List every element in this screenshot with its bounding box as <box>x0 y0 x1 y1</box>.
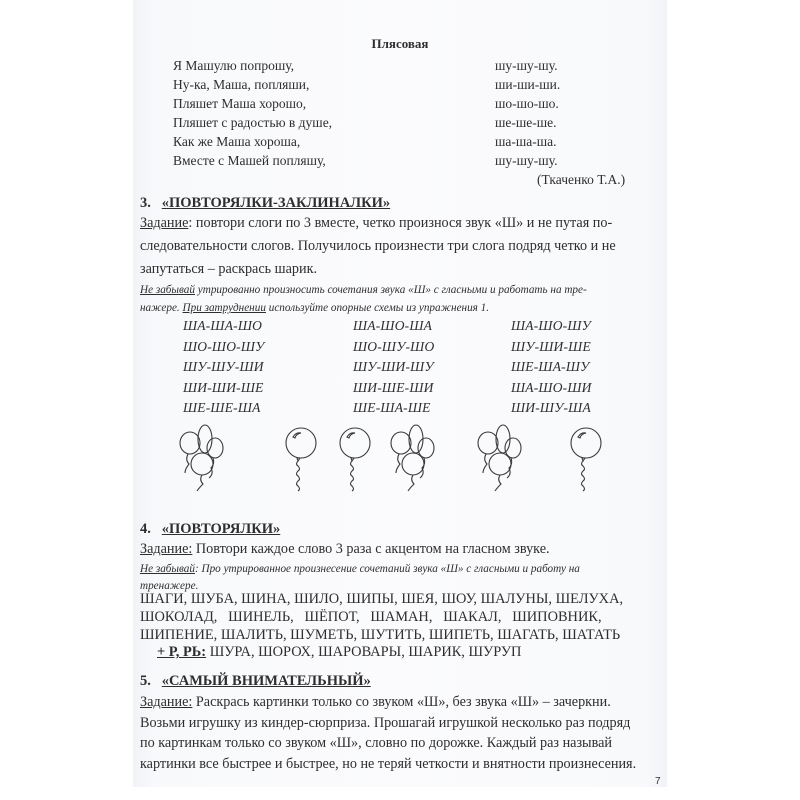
section-title: «ПОВТОРЯЛКИ-ЗАКЛИНАЛКИ» <box>162 195 390 211</box>
balloon-icon[interactable] <box>285 427 335 497</box>
syllable-item: ШЕ-ШЕ-ША <box>183 400 261 416</box>
section-4-task: Задание: Повтори каждое слово 3 раза с а… <box>140 541 550 558</box>
page-number: 7 <box>655 776 661 787</box>
poem-line: Ну-ка, Маша, попляши, <box>173 77 309 93</box>
section-3-task-line-3: запутаться – раскрась шарик. <box>140 261 317 278</box>
section-5-task-line: по картинкам только со звуком «Ш», словн… <box>140 735 612 752</box>
balloon-bunch-icon[interactable] <box>388 425 438 495</box>
syllable-item: ША-ШО-ШУ <box>511 318 591 334</box>
syllable-item: ШУ-ШИ-ШУ <box>353 359 434 375</box>
section-5-task-line: Возьми игрушку из киндер-сюрприза. Проша… <box>140 715 630 732</box>
poem-title: Плясовая <box>133 36 667 52</box>
section-title: «САМЫЙ ВНИМАТЕЛЬНЫЙ» <box>162 673 371 689</box>
balloon-icon[interactable] <box>570 427 620 497</box>
section-5-task-line: картинки все быстрее и быстрее, но не те… <box>140 756 636 773</box>
section-4-note-line-1: Не забывай: Про утрированное произнесени… <box>140 563 580 575</box>
word-list-extra: + Р, РЬ: ШУРА, ШОРОХ, ШАРОВАРЫ, ШАРИК, Ш… <box>157 644 521 661</box>
syllable-item: ШО-ШУ-ШО <box>353 339 434 355</box>
poem-line: Пляшет Маша хорошо, <box>173 96 306 112</box>
section-number: 3. <box>140 195 151 211</box>
section-3-note-line-2: нажере. При затруднении используйте опор… <box>140 302 489 314</box>
syllable-item: ШЕ-ША-ШУ <box>511 359 589 375</box>
poem-refrain: шу-шу-шу. <box>495 153 557 169</box>
note-label: Не забывай <box>140 563 195 575</box>
note-label: Не забывай <box>140 284 195 296</box>
section-number: 5. <box>140 673 151 689</box>
poem-line: Как же Маша хороша, <box>173 134 300 150</box>
section-title: «ПОВТОРЯЛКИ» <box>162 521 281 537</box>
poem-line: Я Машулю попрошу, <box>173 58 294 74</box>
section-5-heading: 5. «САМЫЙ ВНИМАТЕЛЬНЫЙ» <box>140 673 371 690</box>
balloon-bunch-icon[interactable] <box>475 425 525 495</box>
syllable-item: ШИ-ШУ-ША <box>511 400 591 416</box>
syllable-item: ШИ-ШЕ-ШИ <box>353 380 434 396</box>
poem-refrain: ше-ше-ше. <box>495 115 557 131</box>
syllable-item: ША-ША-ШО <box>183 318 262 334</box>
section-number: 4. <box>140 521 151 537</box>
extra-label: + Р, РЬ: <box>157 644 206 660</box>
syllable-item: ШУ-ШИ-ШЕ <box>511 339 591 355</box>
balloon-icon[interactable] <box>339 427 389 497</box>
syllable-item: ША-ШО-ШИ <box>511 380 592 396</box>
word-line: ШАГИ, ШУБА, ШИНА, ШИЛО, ШИПЫ, ШЕЯ, ШОУ, … <box>140 591 623 608</box>
poem-author: (Ткаченко Т.А.) <box>537 172 625 188</box>
task-label: Задание: <box>140 694 192 710</box>
poem-refrain: шу-шу-шу. <box>495 58 557 74</box>
section-5-task-line: Задание: Раскрась картинки только со зву… <box>140 694 611 711</box>
section-4-heading: 4. «ПОВТОРЯЛКИ» <box>140 521 280 538</box>
syllable-item: ШО-ШО-ШУ <box>183 339 264 355</box>
balloon-bunch-icon[interactable] <box>177 425 227 495</box>
note-label-2: При затруднении <box>183 302 266 314</box>
task-label: Задание: <box>140 541 192 557</box>
poem-refrain: ша-ша-ша. <box>495 134 557 150</box>
section-3-heading: 3. «ПОВТОРЯЛКИ-ЗАКЛИНАЛКИ» <box>140 195 390 212</box>
syllable-item: ША-ШО-ША <box>353 318 432 334</box>
word-line: ШОКОЛАД, ШИНЕЛЬ, ШЁПОТ, ШАМАН, ШАКАЛ, ШИ… <box>140 609 602 626</box>
poem-line: Вместе с Машей попляшу, <box>173 153 326 169</box>
poem-line: Пляшет с радостью в душе, <box>173 115 332 131</box>
section-3-task-line-2: следовательности слогов. Получилось прои… <box>140 238 616 255</box>
syllable-item: ШЕ-ША-ШЕ <box>353 400 431 416</box>
syllable-item: ШУ-ШУ-ШИ <box>183 359 264 375</box>
section-3-task-line-1: Задание: повтори слоги по 3 вместе, четк… <box>140 215 612 232</box>
document-page: Плясовая Я Машулю попрошу,шу-шу-шу.Ну-ка… <box>133 0 667 787</box>
poem-refrain: шо-шо-шо. <box>495 96 559 112</box>
section-3-note-line-1: Не забывай утрированно произносить сочет… <box>140 284 587 296</box>
task-label: Задание <box>140 215 188 231</box>
word-line: ШИПЕНИЕ, ШАЛИТЬ, ШУМЕТЬ, ШУТИТЬ, ШИПЕТЬ,… <box>140 627 620 644</box>
poem-refrain: ши-ши-ши. <box>495 77 560 93</box>
syllable-item: ШИ-ШИ-ШЕ <box>183 380 264 396</box>
